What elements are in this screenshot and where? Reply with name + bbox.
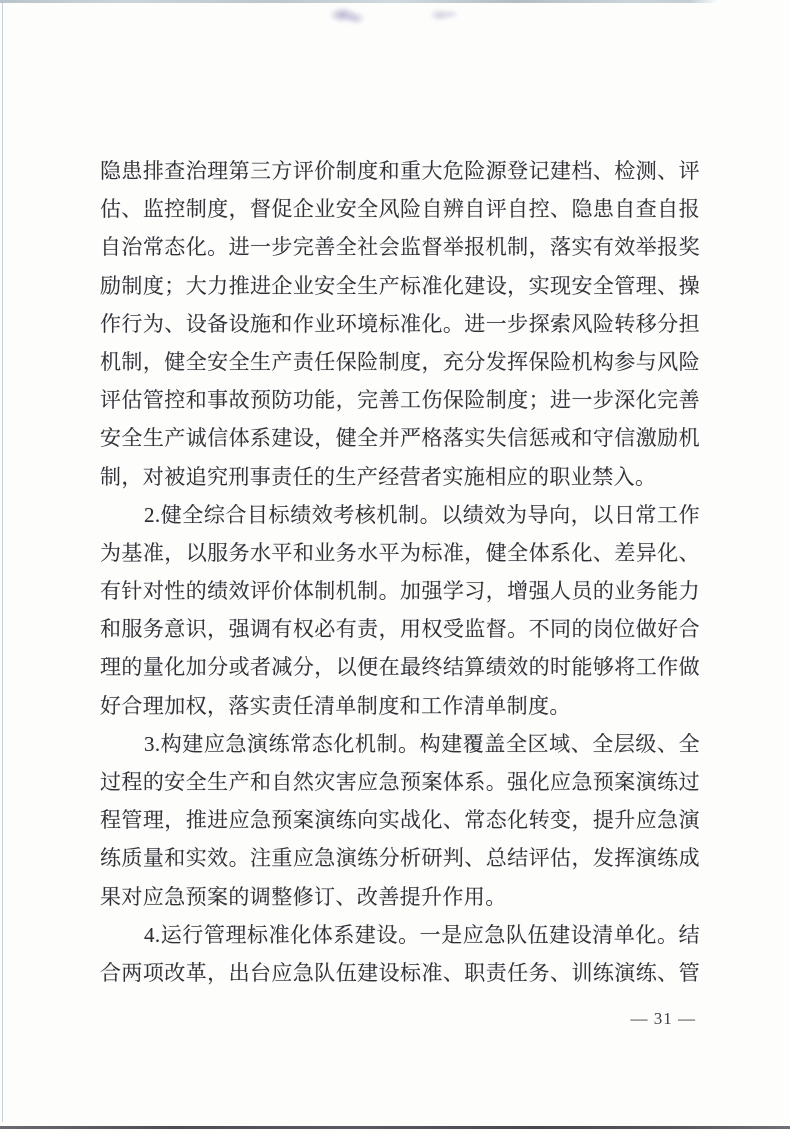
text-line: 隐患排查治理第三方评价制度和重大危险源登记建档、检测、评	[100, 152, 700, 190]
scan-smudge	[326, 5, 368, 27]
text-line: 评估管控和事故预防功能，完善工伤保险制度；进一步深化完善	[100, 381, 700, 419]
text-line: 机制，健全安全生产责任保险制度，充分发挥保险机构参与风险	[100, 343, 700, 381]
scan-edge-left	[2, 2, 3, 1122]
text-line: 好合理加权，落实责任清单制度和工作清单制度。	[100, 687, 700, 725]
page-number: — 31 —	[631, 1007, 697, 1031]
text-line: 3.构建应急演练常态化机制。构建覆盖全区域、全层级、全	[100, 725, 700, 763]
text-line: 制，对被追究刑事责任的生产经营者实施相应的职业禁入。	[100, 458, 700, 496]
text-line: 和服务意识，强调有权必有责，用权受监督。不同的岗位做好合	[100, 610, 700, 648]
scanned-document-page: 隐患排查治理第三方评价制度和重大危险源登记建档、检测、评 估、监控制度，督促企业…	[0, 0, 790, 1132]
text-line: 估、监控制度，督促企业安全风险自辨自评自控、隐患自查自报	[100, 190, 700, 228]
text-line: 自治常态化。进一步完善全社会监督举报机制，落实有效举报奖	[100, 228, 700, 266]
text-line: 果对应急预案的调整修订、改善提升作用。	[100, 878, 700, 916]
paragraph: 隐患排查治理第三方评价制度和重大危险源登记建档、检测、评 估、监控制度，督促企业…	[100, 152, 700, 496]
paragraph: 2.健全综合目标绩效考核机制。以绩效为导向，以日常工作 为基准，以服务水平和业务…	[100, 496, 700, 725]
text-line: 理的量化加分或者减分，以便在最终结算绩效的时能够将工作做	[100, 648, 700, 686]
scan-edge-top	[0, 0, 718, 3]
text-line: 2.健全综合目标绩效考核机制。以绩效为导向，以日常工作	[100, 496, 700, 534]
text-line: 安全生产诚信体系建设，健全并严格落实失信惩戒和守信激励机	[100, 419, 700, 457]
text-line: 过程的安全生产和自然灾害应急预案体系。强化应急预案演练过	[100, 763, 700, 801]
text-line: 合两项改革，出台应急队伍建设标准、职责任务、训练演练、管	[100, 954, 700, 992]
text-line: 作行为、设备设施和作业环境标准化。进一步探索风险转移分担	[100, 305, 700, 343]
scan-smudge	[424, 7, 460, 23]
document-body: 隐患排查治理第三方评价制度和重大危险源登记建档、检测、评 估、监控制度，督促企业…	[100, 152, 700, 992]
scan-edge-bottom	[0, 1126, 790, 1129]
text-line: 4.运行管理标准化体系建设。一是应急队伍建设清单化。结	[100, 916, 700, 954]
text-line: 励制度；大力推进企业安全生产标准化建设，实现安全管理、操	[100, 267, 700, 305]
paragraph: 4.运行管理标准化体系建设。一是应急队伍建设清单化。结 合两项改革，出台应急队伍…	[100, 916, 700, 992]
text-line: 为基准，以服务水平和业务水平为标准，健全体系化、差异化、	[100, 534, 700, 572]
text-line: 程管理，推进应急预案演练向实战化、常态化转变，提升应急演	[100, 801, 700, 839]
text-line: 有针对性的绩效评价体制机制。加强学习，增强人员的业务能力	[100, 572, 700, 610]
text-line: 练质量和实效。注重应急演练分析研判、总结评估，发挥演练成	[100, 839, 700, 877]
paragraph: 3.构建应急演练常态化机制。构建覆盖全区域、全层级、全 过程的安全生产和自然灾害…	[100, 725, 700, 916]
